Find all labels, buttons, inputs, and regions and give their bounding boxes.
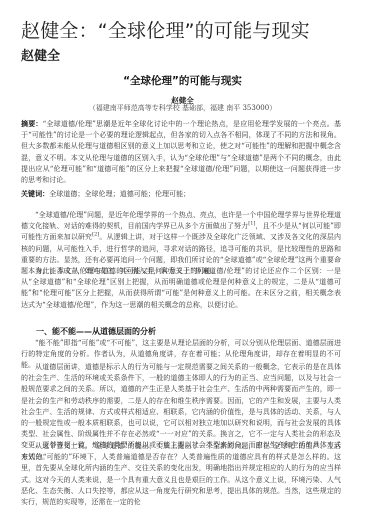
abstract-label: 摘要：: [21, 120, 43, 128]
abstract-text: “全球道德/伦理”思潮是近年全球化讨论中的一个理论热点，是应用伦理学发展的一个亮…: [21, 120, 341, 184]
paragraph-intro-2: 为此，本文从伦理与道德的区别入手，认为关于“普遍道德/伦理”的讨论还应作二个区别…: [21, 266, 341, 311]
keywords: 关键词：全球道德；全球伦理；道德可能；伦理可能；: [21, 189, 341, 200]
section-heading: 一、能不能——从道德层面的分析: [36, 327, 156, 337]
page-byline: 赵健全: [21, 49, 60, 65]
page-title: 赵健全：“全球伦理”的可能与现实: [21, 20, 310, 42]
keywords-label: 关键词：: [21, 190, 49, 198]
article-title: “全球伦理”的可能与现实: [0, 75, 365, 88]
abstract: 摘要：“全球道德/伦理”思潮是近年全球化讨论中的一个理论热点，是应用伦理学发展的…: [21, 119, 341, 186]
document-page: 赵健全：“全球伦理”的可能与现实 赵健全 “全球伦理”的可能与现实 赵健全 （福…: [0, 0, 365, 516]
paragraph-section-3: 从这个意义上说，“全球道德”的提出，实质上提出了一个全新的问题，即在“全球化”的…: [21, 441, 341, 508]
citation-ref-1[interactable]: [1]: [248, 221, 255, 227]
keywords-text: 全球道德；全球伦理；道德可能；伦理可能；: [49, 190, 190, 198]
article-affiliation: （福建南平师范高等专科学校 基础部，福建 南平 353000）: [0, 104, 365, 113]
